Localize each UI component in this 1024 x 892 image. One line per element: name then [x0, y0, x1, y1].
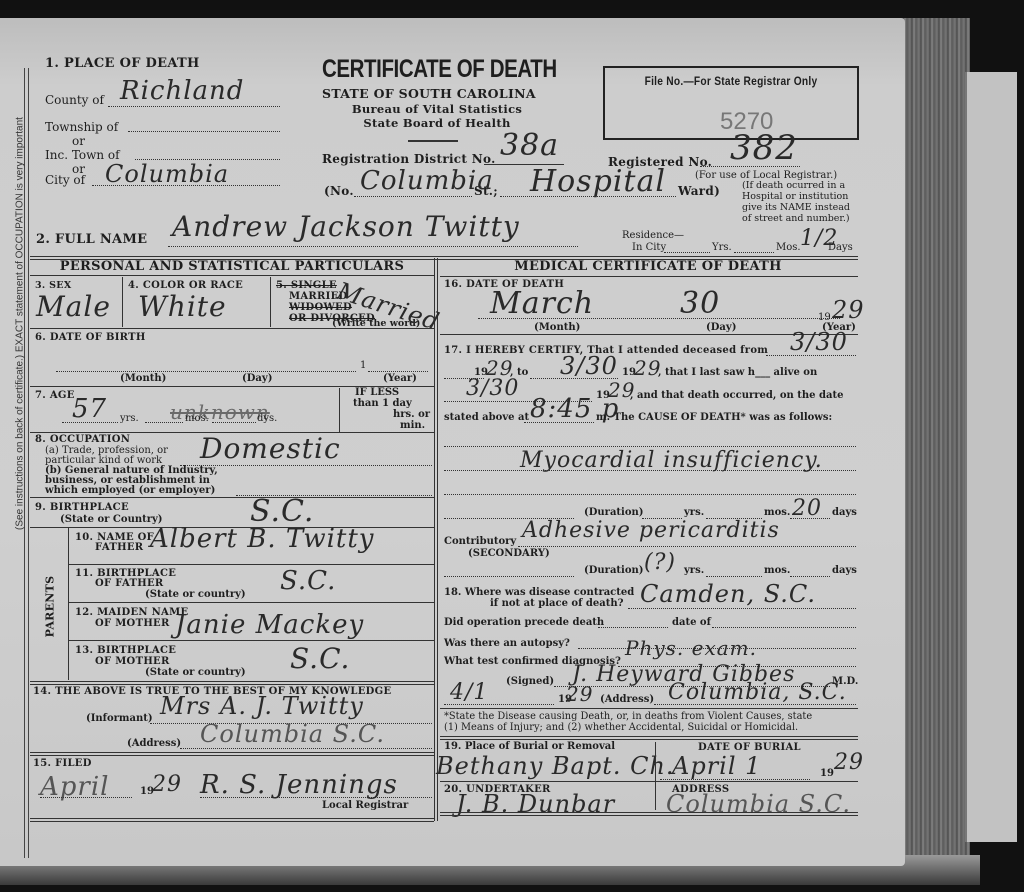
min-label: min.: [400, 420, 425, 431]
date-of-label: date of: [672, 617, 711, 628]
attended-from-value: 3/30: [790, 328, 848, 356]
row-rule: [30, 275, 434, 276]
dob-year-line: [368, 371, 428, 372]
contributory-duration-value: (?): [644, 550, 676, 575]
residence-mos-line: [734, 252, 774, 253]
if-less-label: IF LESS: [355, 387, 399, 398]
row-rule: [440, 276, 858, 277]
parents-side-label: PARENTS: [44, 567, 57, 647]
burial-year-value: 29: [834, 750, 864, 775]
duration2-yrs-caption: yrs.: [684, 565, 704, 576]
cell-divider: [339, 388, 340, 432]
or-text: or: [72, 134, 85, 148]
section-rule: [30, 681, 434, 685]
physician-address-label: (Address): [600, 694, 654, 705]
contributory-label: Contributory: [444, 536, 516, 547]
duration2-mos-line: [706, 576, 762, 577]
city-value: Columbia: [105, 160, 229, 188]
death-occurred-label: , and that death occurred, on the date: [630, 390, 843, 401]
father-name-label-2: FATHER: [95, 542, 143, 553]
mother-name-value: Janie Mackey: [175, 610, 364, 640]
section-rule: [440, 812, 858, 816]
burial-date-line: [660, 779, 810, 780]
q18-line: [628, 608, 856, 609]
mother-name-label-2: OF MOTHER: [95, 618, 170, 629]
column-divider: [437, 258, 438, 821]
county-line: [108, 106, 280, 107]
dob-line: [56, 371, 356, 372]
birthplace-sub: (State or Country): [60, 514, 163, 525]
section-rule: [30, 752, 434, 756]
filed-year-value: 29: [152, 772, 182, 797]
duration-days-value: 20: [792, 496, 822, 521]
book-page-edges: [898, 18, 970, 860]
last-saw-date: 3/30: [466, 376, 519, 401]
father-bp-label-2: OF FATHER: [95, 578, 164, 589]
cell-divider: [270, 277, 271, 327]
dob-year-prefix: 1: [360, 360, 366, 371]
county-value: Richland: [120, 76, 244, 106]
test-value: Phys. exam.: [625, 636, 757, 660]
cell-divider: [122, 277, 123, 327]
mother-name-label: 12. MAIDEN NAME: [75, 607, 188, 618]
occupation-label: 8. OCCUPATION: [35, 434, 130, 445]
duration2-dots: [444, 576, 574, 577]
yrs-caption: yrs.: [120, 413, 139, 424]
secondary-label: (SECONDARY): [468, 548, 550, 559]
duration2-days-caption: days: [832, 565, 857, 576]
race-value: White: [138, 290, 227, 323]
q18-label: 18. Where was disease contracted: [444, 587, 634, 598]
burial-place-label: 19. Place of Burial or Removal: [444, 741, 615, 752]
margin-note: (See instructions on back of certificate…: [15, 104, 26, 544]
township-line: [128, 131, 280, 132]
duration-mos-caption: mos.: [764, 507, 790, 518]
cause-line-3: [444, 494, 856, 495]
mos-label: Mos.: [776, 242, 801, 253]
stated-above-label: stated above at: [444, 412, 529, 423]
burial-place-value: Bethany Bapt. Ch.: [436, 752, 675, 780]
occ-b3-label: which employed (or employer): [45, 485, 215, 496]
parents-divider: [68, 528, 69, 680]
dod-year-value: 29: [832, 296, 865, 324]
mos-caption: mos.: [185, 413, 209, 424]
age-label: 7. AGE: [35, 390, 75, 401]
file-box-label: File No.—For State Registrar Only: [624, 74, 838, 88]
burial-divider: [655, 742, 656, 810]
age-mos-line: [145, 422, 183, 423]
father-name-value: Albert B. Twitty: [150, 524, 374, 554]
ward-value: Hospital: [530, 164, 666, 199]
birthplace-label: 9. BIRTHPLACE: [35, 502, 129, 513]
section-rule: [440, 736, 858, 740]
street-value: Columbia: [360, 166, 494, 196]
age-dys-line: [212, 422, 256, 423]
mother-bp-label: 13. BIRTHPLACE: [75, 645, 176, 656]
book-back-page: [965, 72, 1017, 842]
row-rule: [440, 708, 858, 709]
row-rule: [440, 781, 858, 782]
last-saw-label: , that I last saw h___ alive on: [658, 367, 817, 378]
dod-day-caption: (Day): [706, 322, 736, 333]
full-name-line: [168, 246, 578, 247]
bureau-name: Bureau of Vital Statistics: [322, 102, 552, 116]
operation-date-line: [712, 627, 856, 628]
age-yrs-line: [62, 422, 118, 423]
month-caption: (Month): [120, 373, 166, 384]
row-rule: [30, 328, 434, 329]
row-rule: [68, 640, 434, 641]
city-label: City of: [45, 173, 85, 187]
burial-date-value: April 1: [672, 752, 761, 780]
residence-label: Residence—: [622, 230, 684, 241]
contributory-line: [518, 546, 856, 547]
hospital-note: (If death ocurred in a Hospital or insti…: [742, 180, 860, 224]
signed-label: (Signed): [506, 676, 554, 687]
filed-label: 15. FILED: [33, 758, 92, 769]
duration2-days-line: [790, 576, 830, 577]
day-caption: (Day): [242, 373, 272, 384]
physician-address-value: Columbia, S.C.: [668, 680, 847, 705]
informant-label: (Informant): [86, 713, 153, 724]
cause-line-1: [444, 446, 856, 447]
medical-heading: MEDICAL CERTIFICATE OF DEATH: [438, 259, 858, 274]
informant-value: Mrs A. J. Twitty: [160, 692, 364, 720]
mother-bp-value: S.C.: [290, 642, 350, 675]
place-of-death-heading: 1. PLACE OF DEATH: [45, 56, 200, 71]
occupation-value: Domestic: [200, 432, 341, 465]
q18-label-2: if not at place of death?: [490, 598, 623, 609]
duration-label: (Duration): [584, 507, 644, 518]
row-rule: [68, 602, 434, 603]
margin-rule: [28, 68, 30, 858]
column-divider: [434, 258, 435, 821]
hrs-label: hrs. or: [393, 409, 430, 420]
informant-address-label: (Address): [127, 738, 181, 749]
occupation-line: [180, 465, 432, 466]
cause-of-death-value: Myocardial insufficiency.: [520, 448, 823, 473]
attended-to-value: 3/30: [560, 352, 618, 380]
disease-contracted-value: Camden, S.C.: [640, 580, 816, 608]
age-value: 57: [72, 394, 107, 424]
full-name-label: 2. FULL NAME: [36, 232, 147, 247]
operation-line: [598, 627, 668, 628]
than-day-label: than 1 day: [353, 398, 412, 409]
header-rule: [408, 140, 458, 142]
county-label: County of: [45, 93, 104, 107]
autopsy-label: Was there an autopsy?: [444, 638, 570, 649]
father-bp-value: S.C.: [280, 566, 336, 596]
registered-value: 382: [730, 128, 798, 168]
sign-year-value: 29: [566, 682, 593, 706]
ward-label: Ward): [678, 184, 720, 198]
informant-address-value: Columbia S.C.: [200, 720, 385, 748]
mother-bp-label-2: OF MOTHER: [95, 656, 170, 667]
street-prefix: (No.: [324, 184, 354, 198]
district-value: 38a: [500, 128, 559, 163]
personal-heading: PERSONAL AND STATISTICAL PARTICULARS: [30, 259, 434, 274]
father-bp-sub: (State or country): [145, 589, 246, 600]
informant-address-line: [180, 748, 432, 749]
township-label: Township of: [45, 120, 118, 134]
state-name: STATE OF SOUTH CAROLINA: [322, 86, 536, 101]
residence-value: 1/2: [800, 226, 838, 251]
certificate-title: CERTIFICATE OF DEATH: [322, 55, 568, 84]
registrar-signature: R. S. Jennings: [200, 770, 398, 800]
duration-yrs-caption: yrs.: [684, 507, 704, 518]
dod-month-caption: (Month): [534, 322, 580, 333]
filed-month-line: [40, 797, 132, 798]
contributory-value: Adhesive pericarditis: [522, 518, 780, 543]
registrar-label: Local Registrar: [322, 800, 408, 811]
duration2-label: (Duration): [584, 565, 644, 576]
full-name-value: Andrew Jackson Twitty: [172, 210, 520, 243]
row-rule: [68, 564, 434, 565]
residence-yrs-line: [664, 252, 710, 253]
dob-label: 6. DATE OF BIRTH: [35, 332, 146, 343]
dys-caption: dys.: [257, 413, 277, 424]
dod-month-value: March: [490, 286, 594, 321]
in-city-label: In City: [632, 242, 666, 253]
burial-year-prefix: 19: [820, 768, 834, 779]
district-label: Registration District No.: [322, 152, 496, 166]
marital-single: 5. SINGLE: [276, 280, 337, 291]
operation-label: Did operation precede death: [444, 617, 604, 628]
sign-date-value: 4/1: [450, 680, 488, 705]
sign-date-line: [444, 704, 554, 705]
year-caption: (Year): [383, 373, 417, 384]
footnote-line-1: *State the Disease causing Death, or, in…: [444, 711, 812, 722]
dod-line: [478, 318, 840, 319]
sex-value: Male: [36, 290, 111, 323]
mother-bp-sub: (State or country): [145, 667, 246, 678]
yrs-label: Yrs.: [712, 242, 732, 253]
cause-intro-label: m. The CAUSE OF DEATH* was as follows:: [596, 412, 832, 423]
duration-days-caption: days: [832, 507, 857, 518]
duration2-mos-caption: mos.: [764, 565, 790, 576]
attended-from-line: [766, 355, 856, 356]
footnote-line-2: (1) Means of Injury; and (2) whether Acc…: [444, 722, 798, 733]
row-rule: [30, 497, 434, 498]
street-line: [354, 196, 472, 197]
section-rule: [30, 818, 434, 822]
dod-day-value: 30: [680, 286, 720, 321]
